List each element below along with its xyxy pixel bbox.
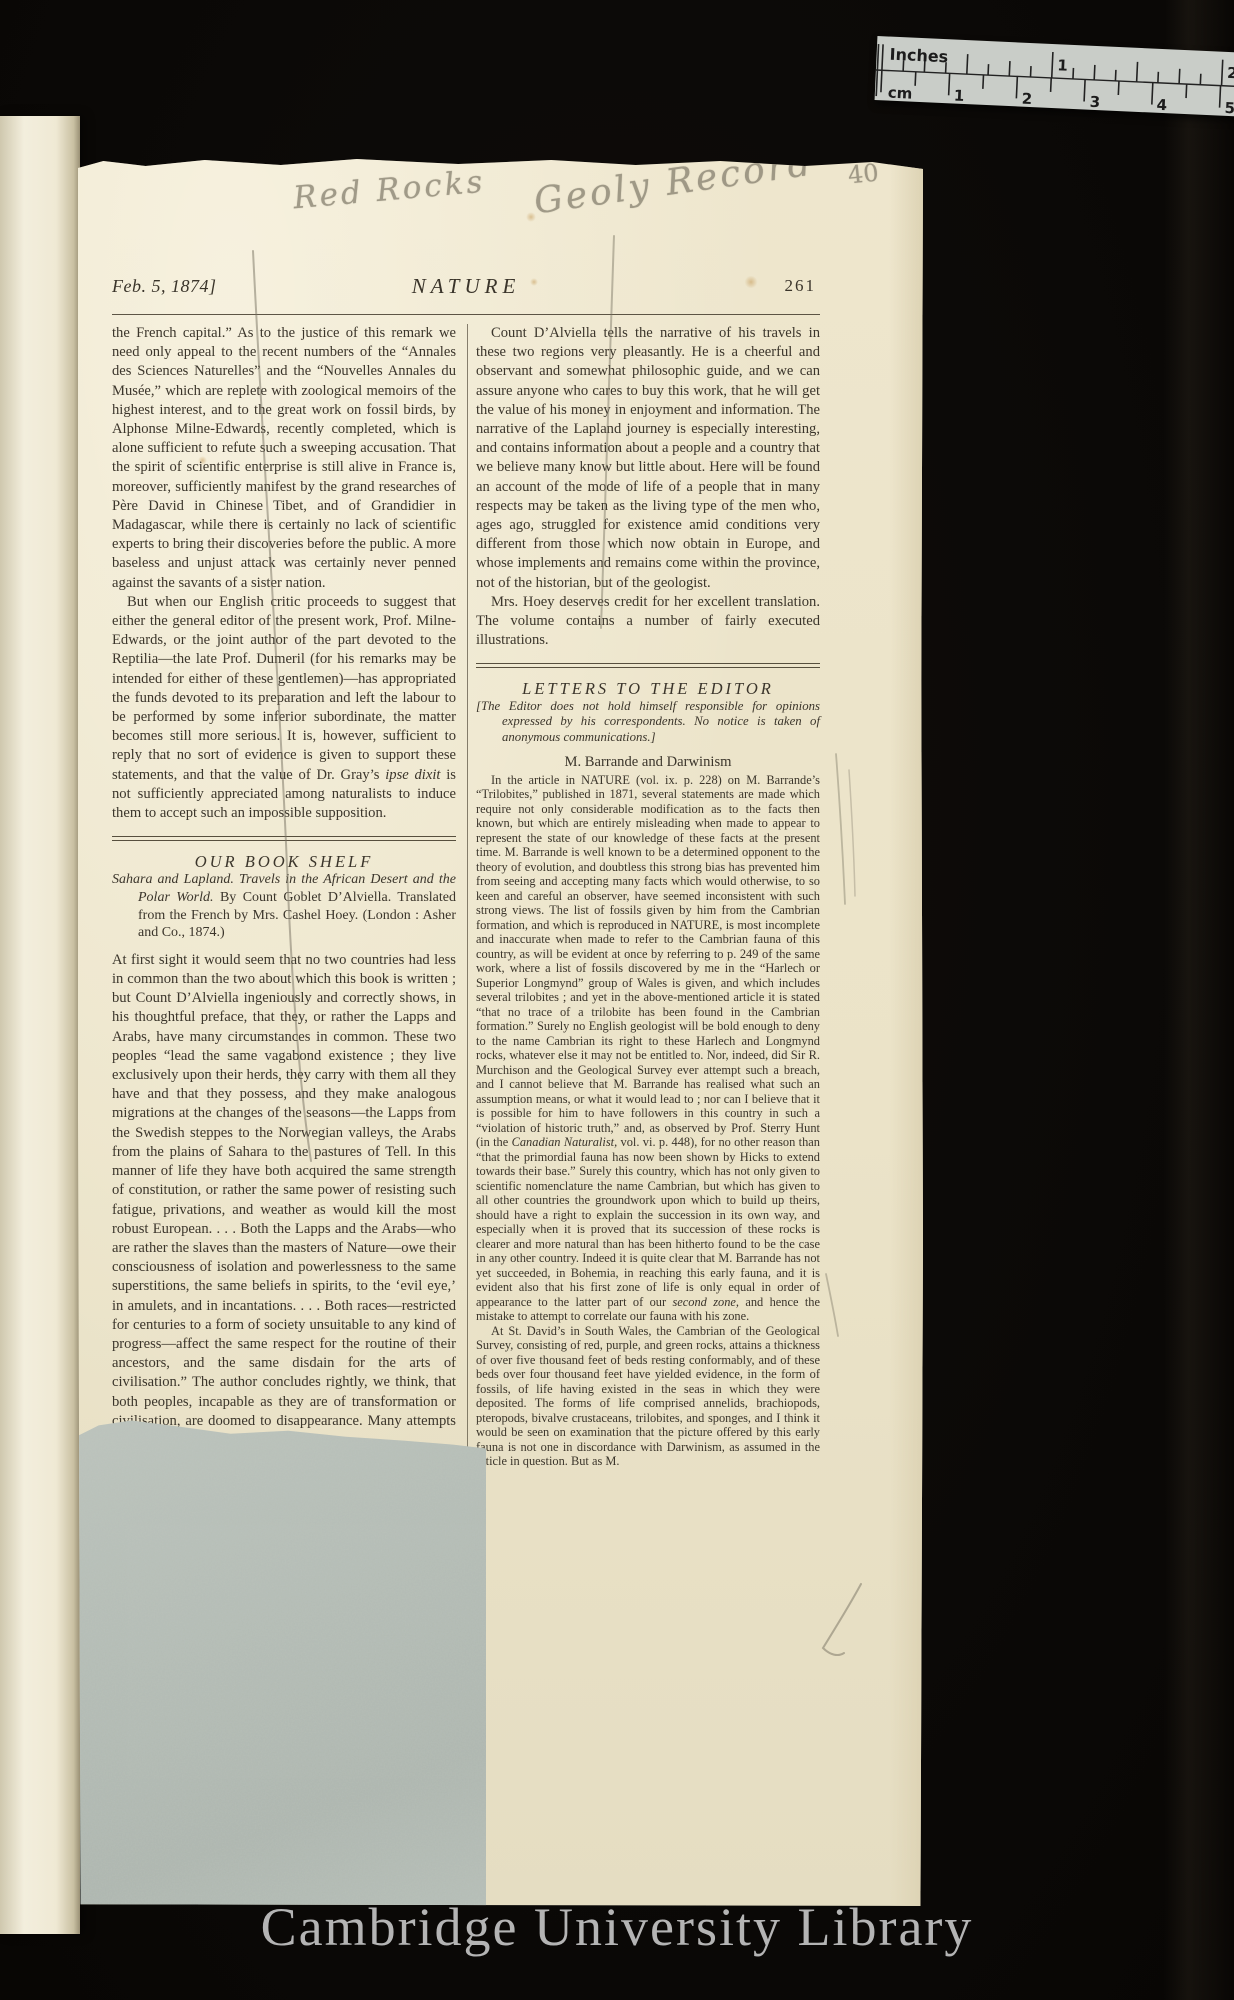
ruler-cm-1: 1 — [953, 87, 964, 105]
photographed-book-scene: Inches cm 1 2 1 2 3 4 5 Red Rocks Geoly … — [0, 0, 1234, 2000]
paragraph-english-critic: But when our English critic proceeds to … — [112, 593, 456, 823]
ruler-inch-1: 1 — [1057, 56, 1068, 74]
ruler-cm-ticks — [881, 70, 1221, 107]
pencil-check-mark — [823, 1584, 861, 1655]
paragraph-translation: Mrs. Hoey deserves credit for her excell… — [476, 593, 820, 651]
ruler-cm-3: 3 — [1089, 93, 1100, 111]
handwritten-note-left: Red Rocks — [292, 164, 487, 217]
ruler-cm-label: cm — [887, 84, 912, 103]
letters-to-editor-heading: LETTERS TO THE EDITOR — [476, 679, 820, 698]
ruler-cm-5: 5 — [1224, 99, 1234, 117]
ruler-cm-4: 4 — [1156, 96, 1167, 114]
library-watermark: Cambridge University Library — [0, 1896, 1234, 1958]
paragraph-french-capital: the French capital.” As to the justice o… — [112, 324, 456, 593]
masthead-journal-title: NATURE — [112, 274, 820, 299]
handwritten-note-right: Geoly Record — [532, 143, 816, 223]
tissue-texture — [74, 1418, 486, 1910]
book-fore-edge — [0, 116, 80, 1934]
book-citation: Sahara and Lapland. Travels in the Afric… — [112, 871, 456, 941]
pencil-margin-stroke — [826, 1274, 838, 1336]
foxing-spot — [526, 212, 536, 222]
paragraph-review: At first sight it would seem that no two… — [112, 951, 456, 1450]
ruler-inch-2: 2 — [1227, 64, 1234, 82]
letter-paragraph-2: At St. David’s in South Wales, the Cambr… — [476, 1324, 820, 1469]
letter-title: M. Barrande and Darwinism — [476, 753, 820, 772]
masthead-rule — [112, 314, 820, 315]
section-double-rule — [476, 663, 820, 668]
handwritten-folio-number: 40 — [847, 158, 880, 189]
letter-paragraph-1: In the article in NATURE (vol. ix. p. 22… — [476, 773, 820, 1324]
right-column: Count D’Alviella tells the narrative of … — [476, 324, 820, 1469]
section-double-rule — [112, 836, 456, 841]
pencil-margin-stroke — [836, 754, 845, 904]
masthead-page-number: 261 — [785, 276, 817, 296]
ruler-inches-label: Inches — [889, 45, 948, 67]
left-column: the French capital.” As to the justice o… — [112, 324, 456, 1469]
masthead: Feb. 5, 1874] NATURE 261 — [112, 274, 820, 306]
ruler-cm-2: 2 — [1021, 90, 1032, 108]
pencil-margin-stroke — [849, 770, 855, 896]
book-shelf-heading: OUR BOOK SHELF — [112, 852, 456, 871]
editor-disclaimer-note: [The Editor does not hold himself respon… — [476, 699, 820, 746]
tissue-interleaf — [74, 1418, 486, 1910]
backdrop-fold — [1164, 0, 1234, 2000]
text-columns: the French capital.” As to the justice o… — [112, 324, 820, 1469]
journal-page: Red Rocks Geoly Record 40 Feb. 5, 1874] … — [78, 156, 923, 1906]
paragraph-travels: Count D’Alviella tells the narrative of … — [476, 324, 820, 593]
